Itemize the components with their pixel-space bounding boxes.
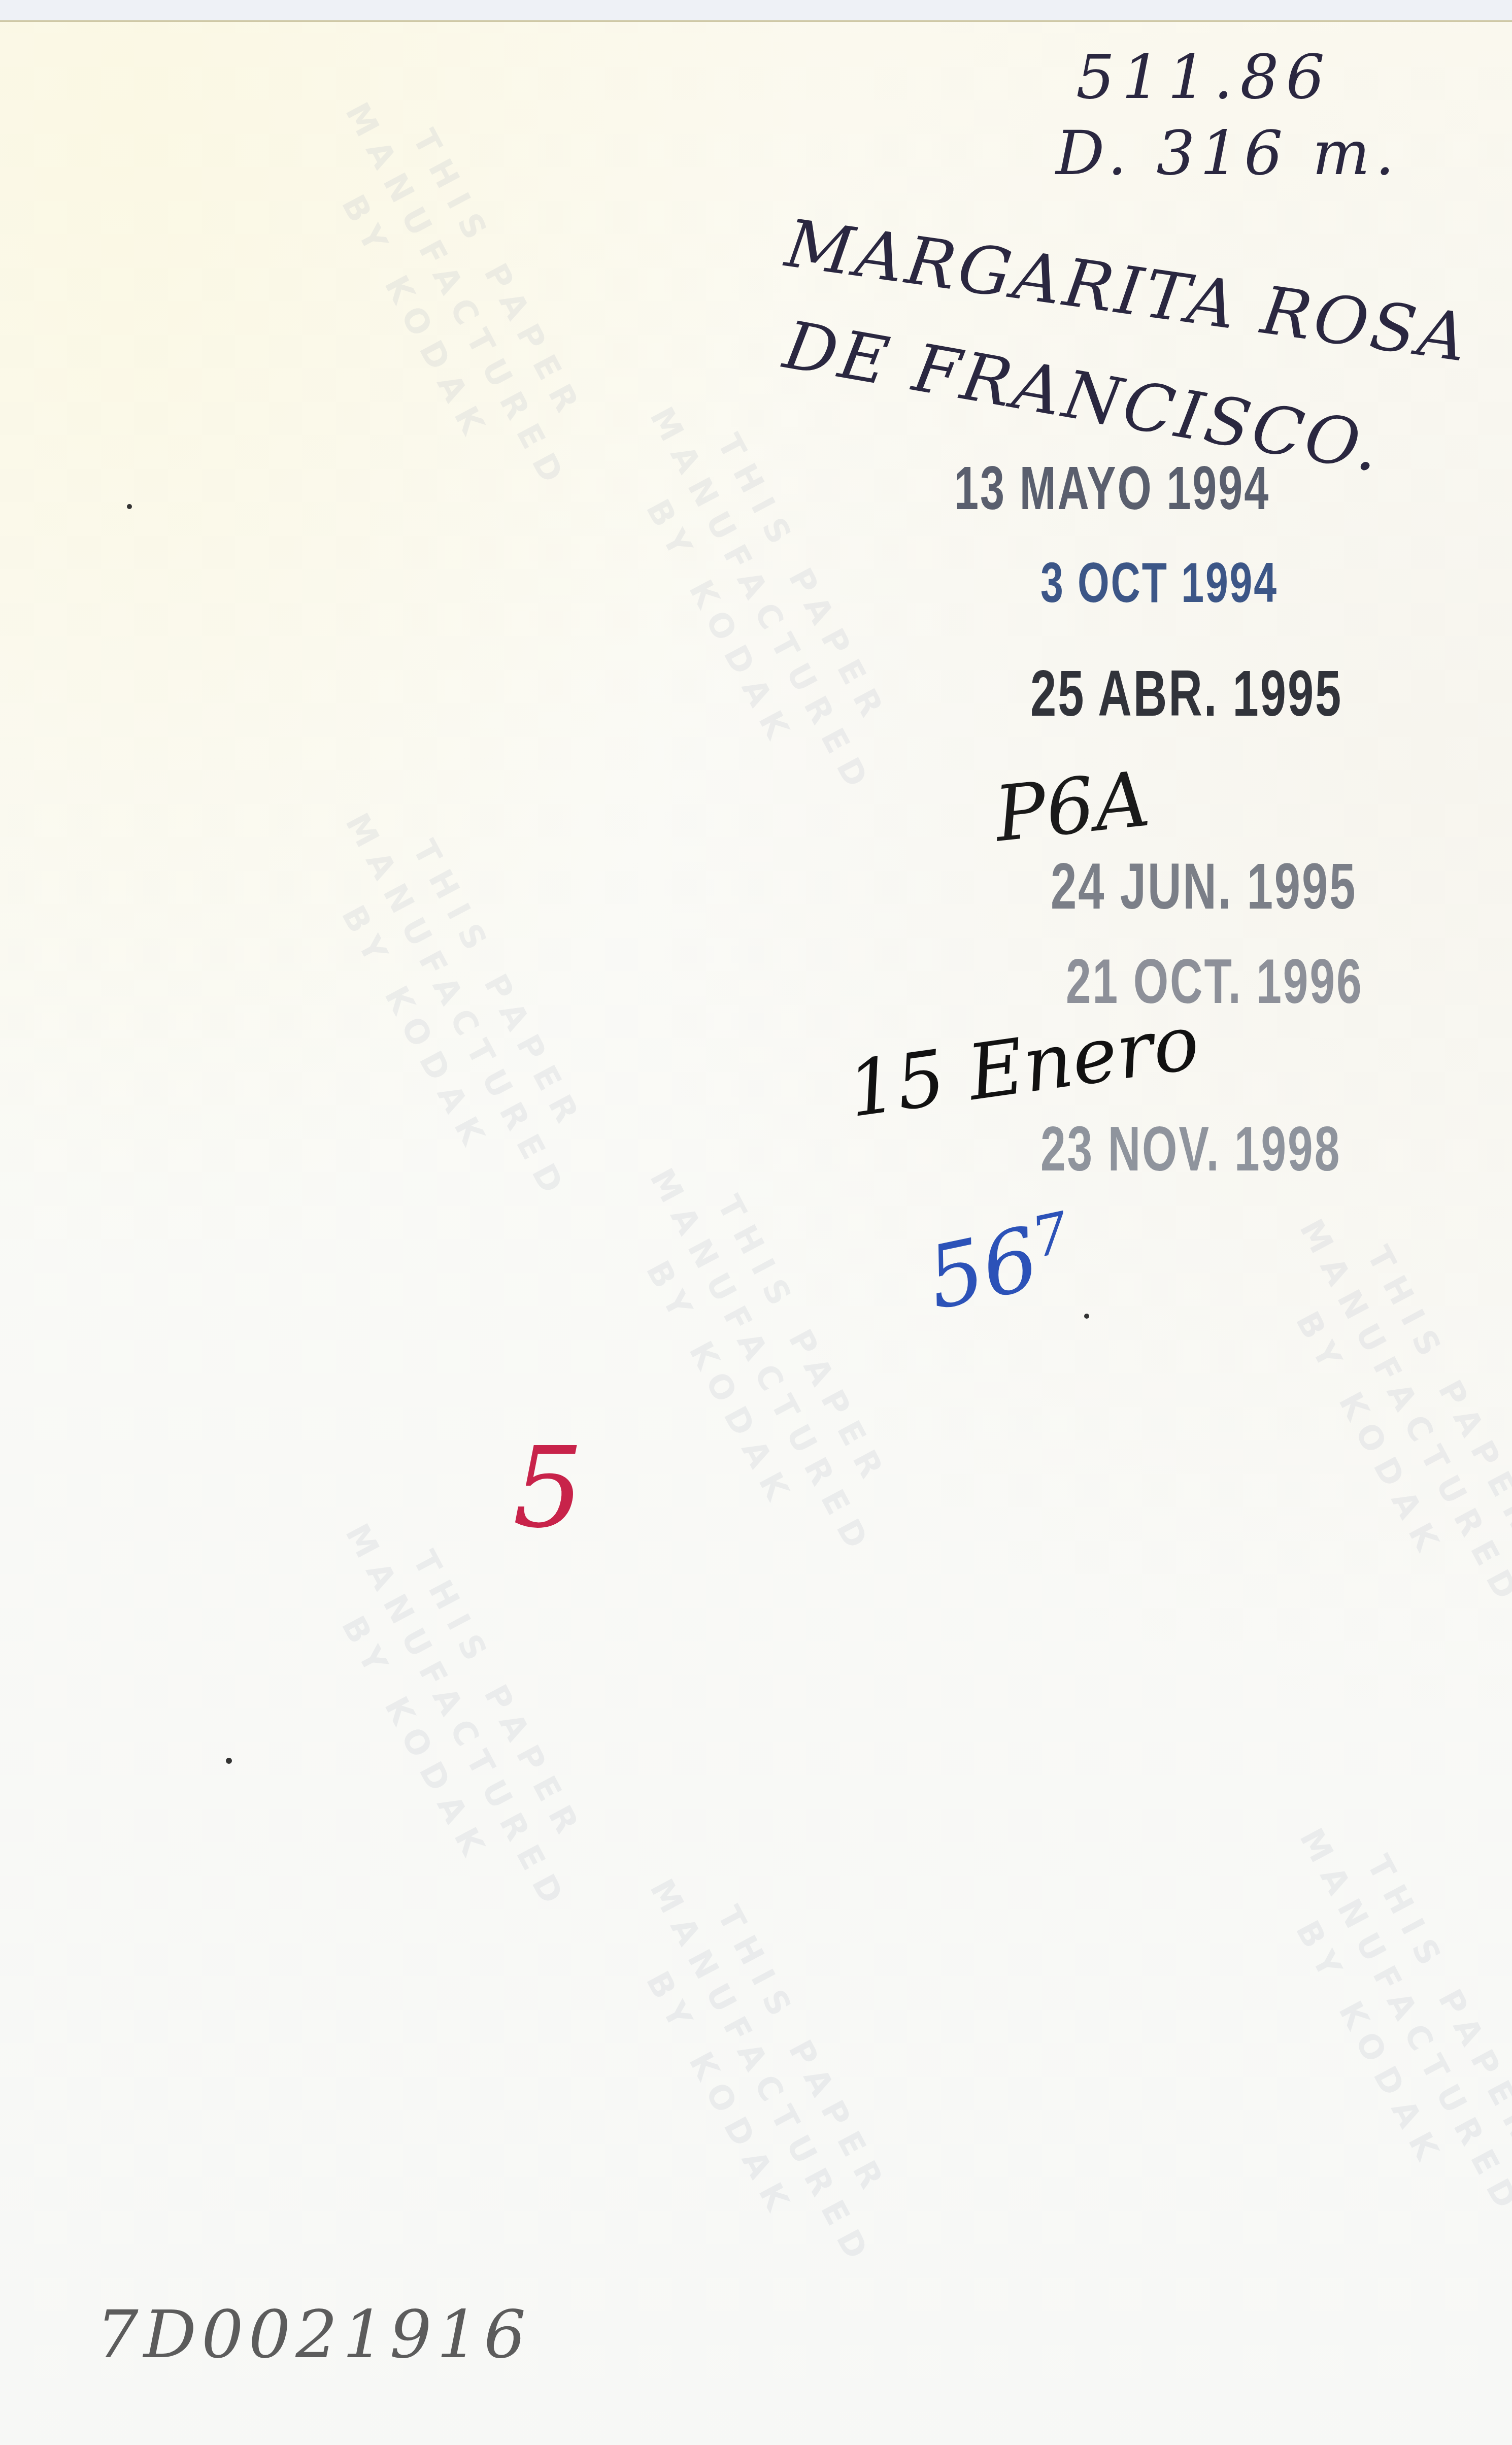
date-stamp: 25 ABR. 1995 bbox=[1030, 656, 1342, 731]
reference-code: D. 316 m. bbox=[1056, 118, 1399, 189]
kodak-watermark: THIS PAPER MANUFACTURED BY KODAK bbox=[1247, 1189, 1512, 1639]
date-stamp: 24 JUN. 1995 bbox=[1051, 849, 1357, 924]
photo-back-paper: THIS PAPER MANUFACTURED BY KODAK THIS PA… bbox=[0, 20, 1512, 2445]
kodak-watermark: THIS PAPER MANUFACTURED BY KODAK bbox=[292, 783, 620, 1233]
kodak-watermark: THIS PAPER MANUFACTURED BY KODAK bbox=[597, 1138, 925, 1589]
kodak-watermark: THIS PAPER MANUFACTURED BY KODAK bbox=[292, 1494, 620, 1944]
note-p6a: P6A bbox=[991, 755, 1154, 859]
red-crayon-mark: 5 bbox=[513, 1423, 584, 1553]
date-stamp: 23 NOV. 1998 bbox=[1040, 1113, 1341, 1185]
date-stamp: 21 OCT. 1996 bbox=[1066, 946, 1363, 1018]
accession-number: 7D0021916 bbox=[96, 2296, 531, 2373]
kodak-watermark: THIS PAPER MANUFACTURED BY KODAK bbox=[597, 377, 925, 827]
blue-number: 56 bbox=[919, 1209, 1048, 1330]
date-stamp: 3 OCT 1994 bbox=[1040, 550, 1278, 615]
kodak-watermark: THIS PAPER MANUFACTURED BY KODAK bbox=[1247, 1798, 1512, 2249]
reference-number: 511.86 bbox=[1076, 42, 1332, 113]
dust-speck bbox=[1084, 1314, 1089, 1319]
dust-speck bbox=[226, 1758, 232, 1764]
dust-speck bbox=[127, 504, 132, 509]
kodak-watermark: THIS PAPER MANUFACTURED BY KODAK bbox=[292, 73, 620, 523]
blue-ink-number: 567 bbox=[919, 1199, 1082, 1329]
date-stamp: 13 MAYO 1994 bbox=[954, 453, 1270, 523]
kodak-watermark: THIS PAPER MANUFACTURED BY KODAK bbox=[597, 1849, 925, 2299]
